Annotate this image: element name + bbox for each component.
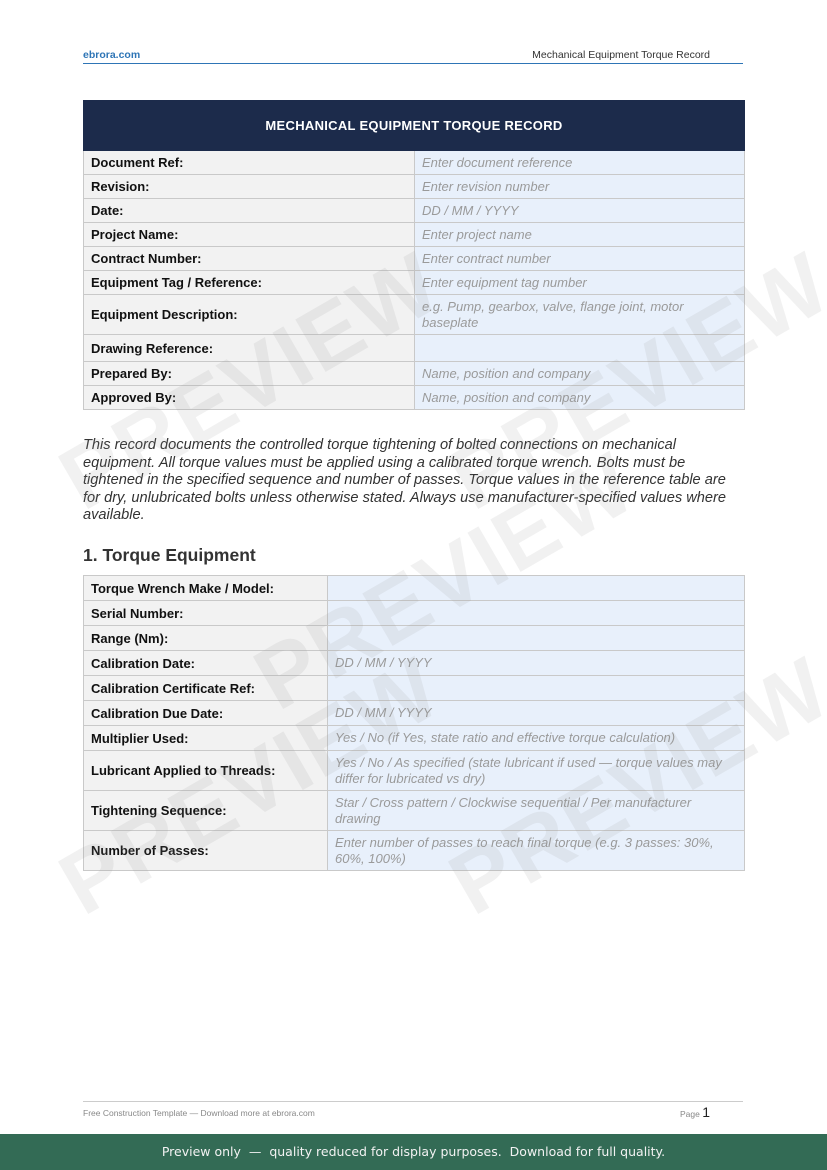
site-link[interactable]: ebrora.com — [83, 49, 140, 61]
section-heading: 1. Torque Equipment — [83, 545, 256, 566]
table-row: Torque Wrench Make / Model: — [84, 576, 745, 601]
field-label: Calibration Certificate Ref: — [84, 676, 328, 701]
table-row: Serial Number: — [84, 601, 745, 626]
table-row: Prepared By:Name, position and company — [84, 362, 745, 386]
field-label: Contract Number: — [84, 247, 415, 271]
field-label: Multiplier Used: — [84, 726, 328, 751]
field-label: Prepared By: — [84, 362, 415, 386]
page-indicator: Page 1 — [680, 1104, 710, 1120]
lubricant-field[interactable]: Yes / No / As specified (state lubricant… — [328, 751, 745, 791]
field-label: Tightening Sequence: — [84, 791, 328, 831]
tightening-sequence-field[interactable]: Star / Cross pattern / Clockwise sequent… — [328, 791, 745, 831]
table-row: Equipment Description:e.g. Pump, gearbox… — [84, 295, 745, 335]
range-field[interactable] — [328, 626, 745, 651]
field-label: Range (Nm): — [84, 626, 328, 651]
field-label: Calibration Date: — [84, 651, 328, 676]
table-row: Multiplier Used:Yes / No (if Yes, state … — [84, 726, 745, 751]
field-label: Serial Number: — [84, 601, 328, 626]
table-row: Project Name:Enter project name — [84, 223, 745, 247]
table-row: Lubricant Applied to Threads:Yes / No / … — [84, 751, 745, 791]
approved-by-field[interactable]: Name, position and company — [415, 386, 745, 410]
serial-number-field[interactable] — [328, 601, 745, 626]
header-doc-title: Mechanical Equipment Torque Record — [532, 49, 710, 61]
table-row: Tightening Sequence:Star / Cross pattern… — [84, 791, 745, 831]
page-header: ebrora.com Mechanical Equipment Torque R… — [83, 48, 743, 64]
revision-field[interactable]: Enter revision number — [415, 175, 745, 199]
intro-paragraph: This record documents the controlled tor… — [83, 437, 745, 525]
field-label: Torque Wrench Make / Model: — [84, 576, 328, 601]
table-row: Range (Nm): — [84, 626, 745, 651]
table-row: Approved By:Name, position and company — [84, 386, 745, 410]
table-row: Document Ref:Enter document reference — [84, 151, 745, 175]
table-row: Equipment Tag / Reference:Enter equipmen… — [84, 271, 745, 295]
table-row: Calibration Certificate Ref: — [84, 676, 745, 701]
page-number: 1 — [702, 1104, 710, 1120]
table-row: Calibration Date:DD / MM / YYYY — [84, 651, 745, 676]
document-title: MECHANICAL EQUIPMENT TORQUE RECORD — [84, 101, 745, 151]
prepared-by-field[interactable]: Name, position and company — [415, 362, 745, 386]
table-row: Drawing Reference: — [84, 335, 745, 362]
multiplier-used-field[interactable]: Yes / No (if Yes, state ratio and effect… — [328, 726, 745, 751]
project-name-field[interactable]: Enter project name — [415, 223, 745, 247]
table-row: Calibration Due Date:DD / MM / YYYY — [84, 701, 745, 726]
contract-number-field[interactable]: Enter contract number — [415, 247, 745, 271]
table-row: Date:DD / MM / YYYY — [84, 199, 745, 223]
document-ref-field[interactable]: Enter document reference — [415, 151, 745, 175]
table-row: Number of Passes:Enter number of passes … — [84, 831, 745, 871]
field-label: Approved By: — [84, 386, 415, 410]
table-row: Contract Number:Enter contract number — [84, 247, 745, 271]
calibration-due-date-field[interactable]: DD / MM / YYYY — [328, 701, 745, 726]
field-label: Drawing Reference: — [84, 335, 415, 362]
footer-text: Free Construction Template — Download mo… — [83, 1108, 315, 1118]
table-row: Revision:Enter revision number — [84, 175, 745, 199]
page-label: Page — [680, 1109, 700, 1119]
calibration-date-field[interactable]: DD / MM / YYYY — [328, 651, 745, 676]
document-info-table: MECHANICAL EQUIPMENT TORQUE RECORD Docum… — [83, 100, 745, 410]
field-label: Number of Passes: — [84, 831, 328, 871]
date-field[interactable]: DD / MM / YYYY — [415, 199, 745, 223]
equipment-tag-field[interactable]: Enter equipment tag number — [415, 271, 745, 295]
field-label: Project Name: — [84, 223, 415, 247]
page-footer: Free Construction Template — Download mo… — [83, 1101, 743, 1102]
equipment-description-field[interactable]: e.g. Pump, gearbox, valve, flange joint,… — [415, 295, 745, 335]
field-label: Lubricant Applied to Threads: — [84, 751, 328, 791]
drawing-reference-field[interactable] — [415, 335, 745, 362]
preview-banner: Preview only — quality reduced for displ… — [0, 1134, 827, 1170]
calibration-cert-field[interactable] — [328, 676, 745, 701]
field-label: Revision: — [84, 175, 415, 199]
field-label: Date: — [84, 199, 415, 223]
field-label: Equipment Description: — [84, 295, 415, 335]
number-of-passes-field[interactable]: Enter number of passes to reach final to… — [328, 831, 745, 871]
wrench-model-field[interactable] — [328, 576, 745, 601]
field-label: Document Ref: — [84, 151, 415, 175]
field-label: Equipment Tag / Reference: — [84, 271, 415, 295]
field-label: Calibration Due Date: — [84, 701, 328, 726]
torque-equipment-table: Torque Wrench Make / Model: Serial Numbe… — [83, 575, 745, 871]
